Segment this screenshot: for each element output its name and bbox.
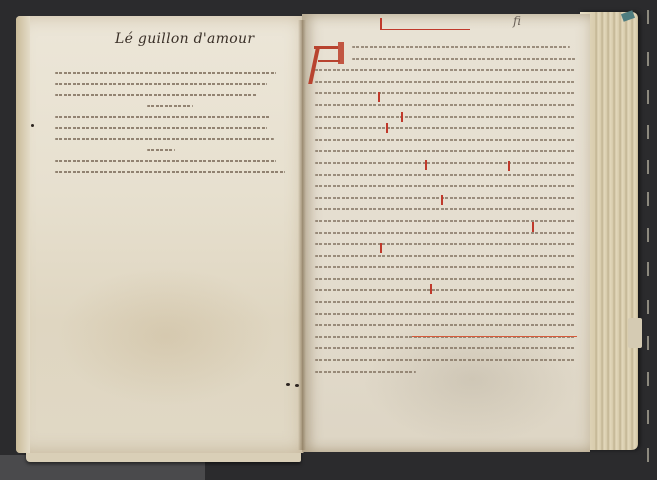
paragraph-mark xyxy=(441,195,443,205)
rubric-heading xyxy=(380,20,470,30)
ink-spot xyxy=(31,124,34,127)
paragraph-mark xyxy=(508,161,510,171)
paragraph-mark xyxy=(401,112,403,122)
right-page-text-block xyxy=(315,46,581,382)
paper-tab xyxy=(628,318,642,348)
manuscript-book: Lé guillon d'amour fi xyxy=(0,0,657,480)
paragraph-mark xyxy=(380,243,382,253)
paragraph-mark xyxy=(386,123,388,133)
folio-number: fi xyxy=(513,14,521,28)
rubric-line-filler xyxy=(412,336,577,337)
paragraph-mark xyxy=(425,160,427,170)
left-page-notes xyxy=(55,72,285,182)
paragraph-mark xyxy=(378,92,380,102)
paragraph-mark xyxy=(532,222,534,232)
ink-spot xyxy=(295,384,299,387)
left-page-heading: Lé guillon d'amour xyxy=(115,31,254,47)
ink-spot xyxy=(286,383,290,386)
paragraph-mark xyxy=(430,284,432,294)
gutter-fold xyxy=(298,20,306,450)
